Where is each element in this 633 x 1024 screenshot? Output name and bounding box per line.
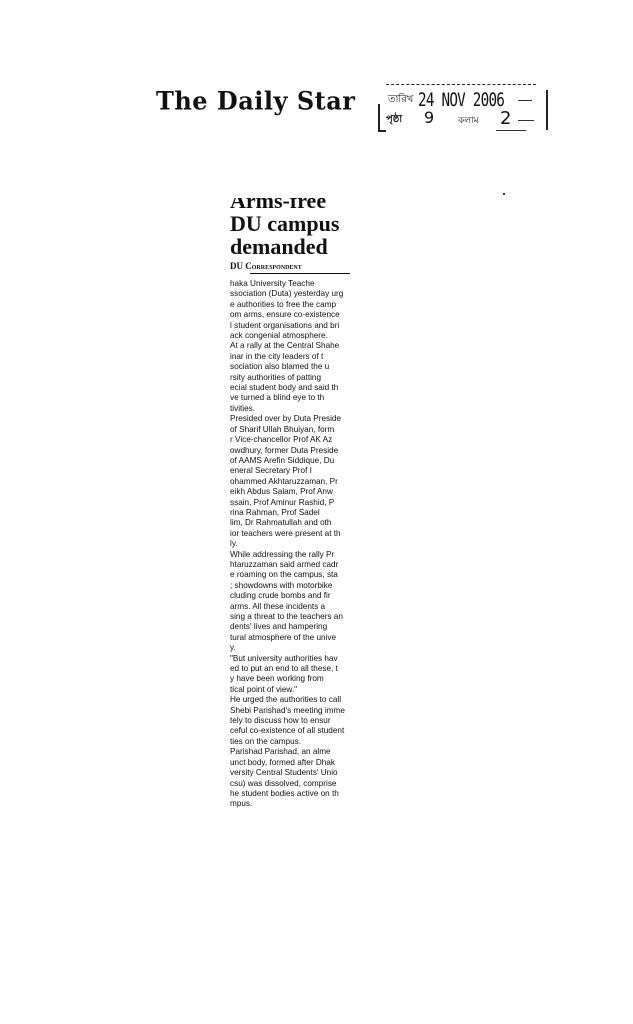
article-line: Presided over by Duta Preside [230,414,356,424]
headline-line-2: DU campus [230,212,356,235]
article-line: sing a threat to the teachers an [230,612,356,622]
stamp-border-right [546,90,548,130]
article-line: ceful co-existence of all student [230,726,356,736]
article-line: unct body, formed after Dhak [230,758,356,768]
article-line: of Sharif Ullah Bhuiyan, form [230,425,356,435]
stamp-dash [518,100,532,101]
article-line: ly. [230,539,356,549]
article-line: of AAMS Arefin Siddique, Du [230,456,356,466]
article-line: tical point of view." [230,685,356,695]
article-line: eneral Secretary Prof I [230,466,356,476]
article-line: ack congenial atmosphere. [230,331,356,341]
article-line: At a rally at the Central Shahe [230,341,356,351]
stamp-dash [518,120,534,121]
article-line: ; showdowns with motorbike [230,581,356,591]
article-line: "But university authorities hav [230,654,356,664]
article-line: l student organisations and bri [230,321,356,331]
article-line: arms. All these incidents a [230,602,356,612]
article-line: ed to put an end to all these, t [230,664,356,674]
scan-speck [503,193,505,195]
article-line: Parishad Parishad, an alme [230,747,356,757]
article-line: csu) was dissolved, comprise [230,779,356,789]
article-line: haka University Teache [230,279,356,289]
article-byline: DU Correspondent [230,261,356,271]
article-line: dents' lives and hampering [230,622,356,632]
article-line: e authorities to free the camp [230,300,356,310]
newspaper-masthead: The Daily Star [156,85,355,115]
stamp-border-left [378,104,386,132]
article-line: tely to discuss how to ensur [230,716,356,726]
article-line: htaruzzaman said armed cadr [230,560,356,570]
article-line: y have been working from [230,674,356,684]
article-line: owdhury, former Duta Preside [230,446,356,456]
article-line: lim, Dr Rahmatullah and oth [230,518,356,528]
article-line: versity Central Students' Unio [230,768,356,778]
date-stamp: তারিখ 24 NOV 2006 পৃষ্ঠা 9 কলাম 2 [378,84,548,134]
article-line: e roaming on the campus, sta [230,570,356,580]
article-line: rina Rahman, Prof Sadel [230,508,356,518]
article-line: ssain, Prof Aminur Rashid, P [230,498,356,508]
article-line: ecial student body and said th [230,383,356,393]
byline-rule [250,273,350,274]
article-headline: Arms-free DU campus demanded [230,198,356,258]
article-line: ties on the campus. [230,737,356,747]
article-body: haka University Teachessociation (Duta) … [230,279,356,810]
article-line: While addressing the rally Pr [230,550,356,560]
stamp-border-top [386,84,536,85]
article-line: ior teachers were present at th [230,529,356,539]
news-article: Arms-free DU campus demanded DU Correspo… [230,198,356,810]
article-line: y. [230,643,356,653]
article-line: rsity authorities of patting [230,373,356,383]
stamp-column-label: কলাম [458,113,479,128]
article-line: he student bodies active on th [230,789,356,799]
article-line: r Vice-chancellor Prof AK Az [230,435,356,445]
article-line: ve turned a blind eye to th [230,393,356,403]
stamp-column-value: 2 [500,108,511,129]
article-line: ssociation (Duta) yesterday urg [230,289,356,299]
article-line: cluding crude bombs and fir [230,591,356,601]
stamp-dash [496,130,526,131]
stamp-date-label: তারিখ [388,92,413,109]
article-line: sociation also blamed the u [230,362,356,372]
stamp-page-label: পৃষ্ঠা [386,112,402,129]
stamp-page-value: 9 [424,108,434,127]
article-line: eikh Abdus Salam, Prof Anw [230,487,356,497]
article-line: om arms, ensure co-existence [230,310,356,320]
headline-line-3: demanded [230,235,356,258]
article-line: tural atmosphere of the unive [230,633,356,643]
article-line: inar in the city leaders of t [230,352,356,362]
article-line: tivities. [230,404,356,414]
article-line: ohammed Akhtaruzzaman, Pr [230,477,356,487]
article-line: He urged the authorities to call [230,695,356,705]
headline-line-1: Arms-free [230,198,356,212]
article-line: Shebi Parishad's meeting imme [230,706,356,716]
article-line: mpus. [230,799,356,809]
